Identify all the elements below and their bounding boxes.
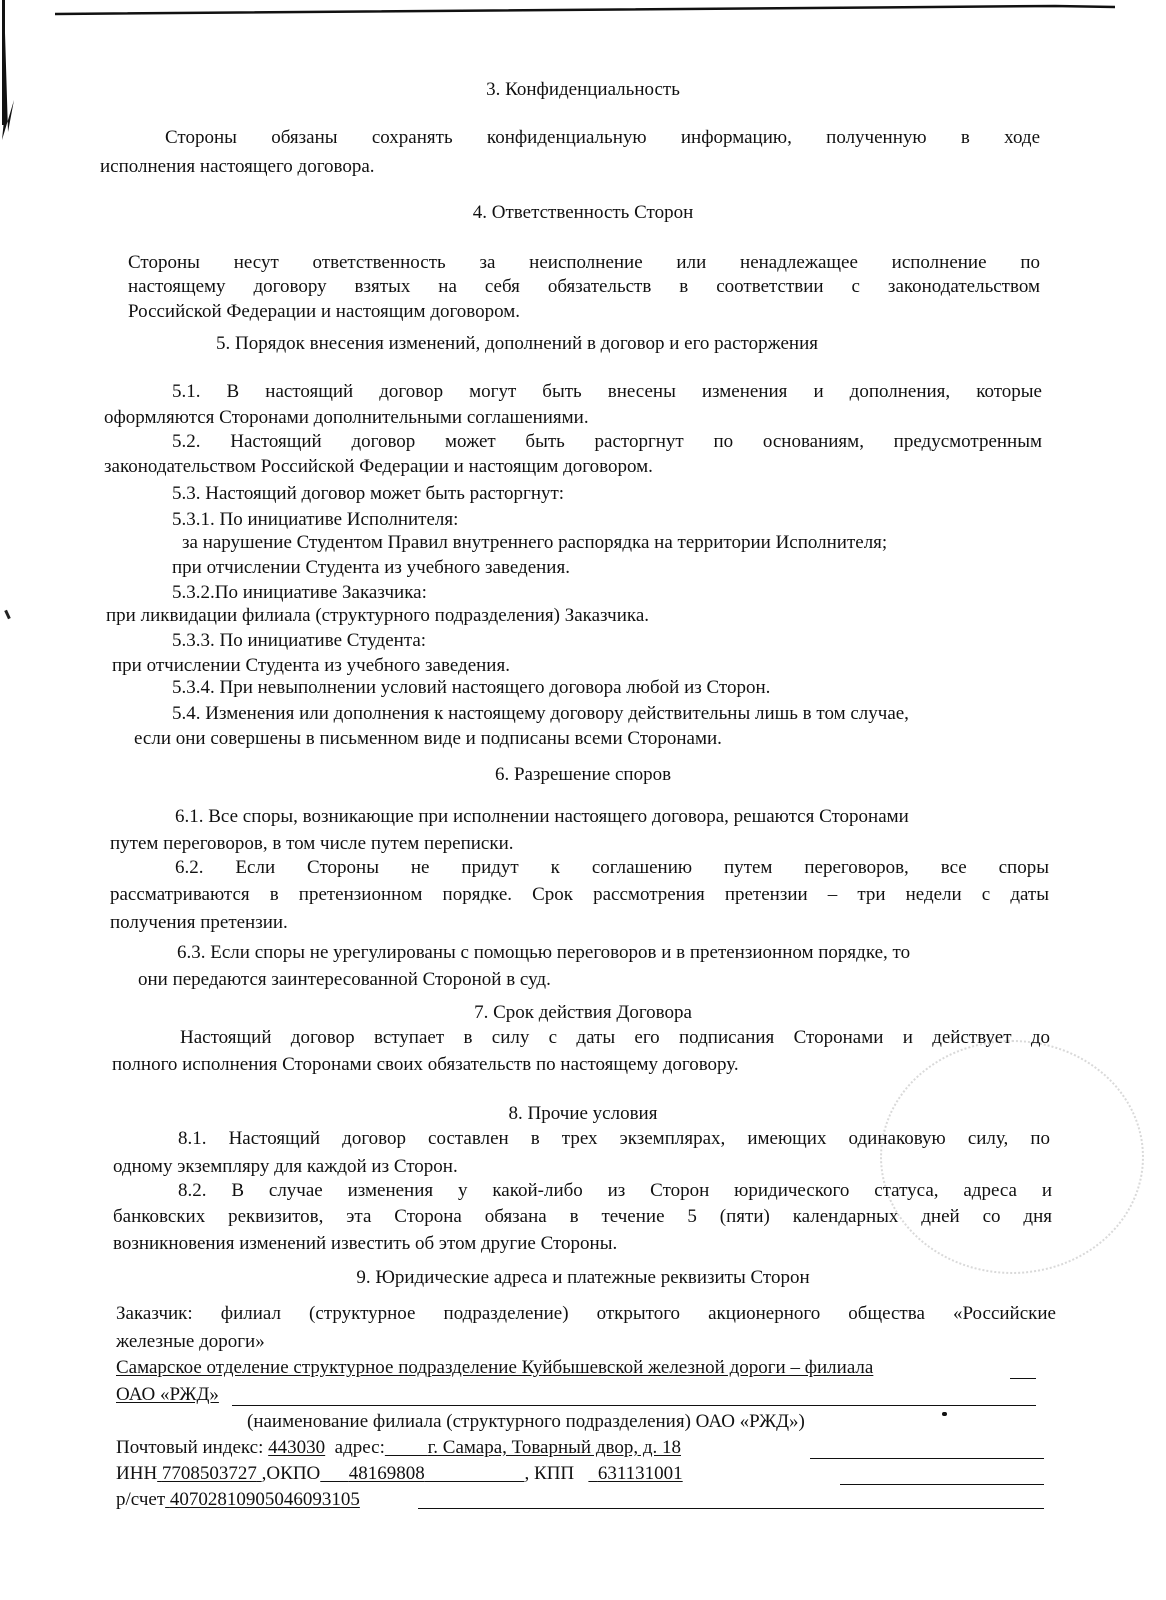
clause-8-2-line-1: 8.2. В случае изменения у какой-либо из … — [178, 1179, 1052, 1203]
branch-name-line-1: Самарское отделение структурное подразде… — [116, 1356, 873, 1380]
customer-line-1: Заказчик: филиал (структурное подразделе… — [116, 1302, 1056, 1326]
clause-5-3-1-item-b: при отчислении Студента из учебного заве… — [172, 556, 570, 580]
postal-code-value: 443030 — [268, 1437, 325, 1458]
section-7-title: 7. Срок действия Договора — [0, 1001, 1166, 1025]
account-fill-line — [418, 1508, 1044, 1509]
account-value: 40702810905046093105 — [170, 1489, 360, 1510]
branch-name-line-2: ОАО «РЖД» — [116, 1383, 219, 1407]
clause-5-3-3-item: при отчислении Студента из учебного заве… — [112, 654, 510, 678]
clause-5-2-line-1: 5.2. Настоящий договор может быть растор… — [172, 430, 1042, 454]
section-4-text-line-1: Стороны несут ответственность за неиспол… — [128, 251, 1040, 275]
okpo-value: 48169808 — [349, 1463, 425, 1484]
kpp-value: 631131001 — [598, 1463, 683, 1484]
clause-5-4-line-2: если они совершены в письменном виде и п… — [134, 727, 722, 751]
scan-speck — [4, 610, 11, 619]
clause-6-1-line-2: путем переговоров, в том числе путем пер… — [110, 832, 513, 856]
clause-5-4-line-1: 5.4. Изменения или дополнения к настояще… — [172, 702, 909, 726]
section-3-text-line-1: Стороны обязаны сохранять конфиденциальн… — [165, 126, 1040, 150]
section-9-title: 9. Юридические адреса и платежные реквиз… — [0, 1266, 1166, 1290]
postal-label: Почтовый индекс: — [116, 1437, 263, 1458]
account-label: р/счет — [116, 1489, 165, 1510]
scan-top-edge-line — [55, 4, 1115, 20]
section-3-text-line-2: исполнения настоящего договора. — [100, 155, 375, 179]
clause-5-3-2-item: при ликвидации филиала (структурного под… — [106, 604, 649, 628]
clause-6-2-line-3: получения претензии. — [110, 911, 288, 935]
inn-value: 7708503727 — [162, 1463, 257, 1484]
branch-name-fill-line-1 — [1010, 1378, 1036, 1379]
address-value: г. Самара, Товарный двор, д. 18 — [428, 1437, 681, 1458]
scanned-contract-page: 3. Конфиденциальность Стороны обязаны со… — [0, 0, 1166, 1600]
section-3-title: 3. Конфиденциальность — [0, 78, 1166, 102]
section-7-text-line-2: полного исполнения Сторонами своих обяза… — [112, 1053, 739, 1077]
clause-5-3-3: 5.3.3. По инициативе Студента: — [172, 629, 426, 653]
clause-5-3-1: 5.3.1. По инициативе Исполнителя: — [172, 508, 458, 532]
clause-5-3: 5.3. Настоящий договор может быть растор… — [172, 482, 564, 506]
clause-5-1-line-1: 5.1. В настоящий договор могут быть внес… — [172, 380, 1042, 404]
clause-5-2-line-2: законодательством Российской Федерации и… — [104, 455, 653, 479]
branch-name-caption: (наименование филиала (структурного подр… — [247, 1410, 805, 1434]
clause-8-1-line-2: одному экземпляру для каждой из Сторон. — [113, 1155, 458, 1179]
branch-name-fill-line-2 — [232, 1405, 1036, 1406]
okpo-label: ,ОКПО — [262, 1463, 321, 1484]
account-row: р/счет 40702810905046093105 — [116, 1488, 360, 1512]
inn-label: ИНН — [116, 1463, 157, 1484]
clause-6-1-line-1: 6.1. Все споры, возникающие при исполнен… — [175, 805, 909, 829]
clause-6-2-line-1: 6.2. Если Стороны не придут к соглашению… — [175, 856, 1049, 880]
clause-8-1-line-1: 8.1. Настоящий договор составлен в трех … — [178, 1127, 1050, 1151]
address-fill-line — [810, 1458, 1044, 1459]
section-4-text-line-3: Российской Федерации и настоящим договор… — [128, 300, 520, 324]
customer-line-2: железные дороги» — [116, 1330, 265, 1354]
clause-8-2-line-2: банковских реквизитов, эта Сторона обяза… — [113, 1205, 1052, 1229]
clause-6-3-line-1: 6.3. Если споры не урегулированы с помощ… — [177, 941, 910, 965]
clause-6-3-line-2: они передаются заинтересованной Стороной… — [138, 968, 551, 992]
clause-6-2-line-2: рассматриваются в претензионном порядке.… — [110, 883, 1049, 907]
section-7-text-line-1: Настоящий договор вступает в силу с даты… — [180, 1026, 1050, 1050]
kpp-label: , КПП — [525, 1463, 575, 1484]
tax-ids-row: ИНН 7708503727 ,ОКПО 48169808 , КПП 6311… — [116, 1462, 683, 1486]
clause-5-1-line-2: оформляются Сторонами дополнительными со… — [104, 406, 589, 430]
clause-8-2-line-3: возникновения изменений известить об это… — [113, 1232, 617, 1256]
kpp-fill-line — [840, 1484, 1044, 1485]
address-label: адрес: — [335, 1437, 385, 1458]
postal-row: Почтовый индекс: 443030 адрес: г. Самара… — [116, 1436, 681, 1460]
clause-5-3-2: 5.3.2.По инициативе Заказчика: — [172, 581, 427, 605]
section-4-text-line-2: настоящему договору взятых на себя обяза… — [128, 275, 1040, 299]
clause-5-3-4: 5.3.4. При невыполнении условий настояще… — [172, 676, 770, 700]
faded-stamp — [880, 1040, 1144, 1274]
clause-5-3-1-item-a: за нарушение Студентом Правил внутреннег… — [182, 531, 887, 555]
section-8-title: 8. Прочие условия — [0, 1102, 1166, 1126]
section-4-title: 4. Ответственность Сторон — [0, 201, 1166, 225]
section-6-title: 6. Разрешение споров — [0, 763, 1166, 787]
section-5-title: 5. Порядок внесения изменений, дополнени… — [216, 332, 818, 356]
ink-speck — [942, 1412, 947, 1416]
